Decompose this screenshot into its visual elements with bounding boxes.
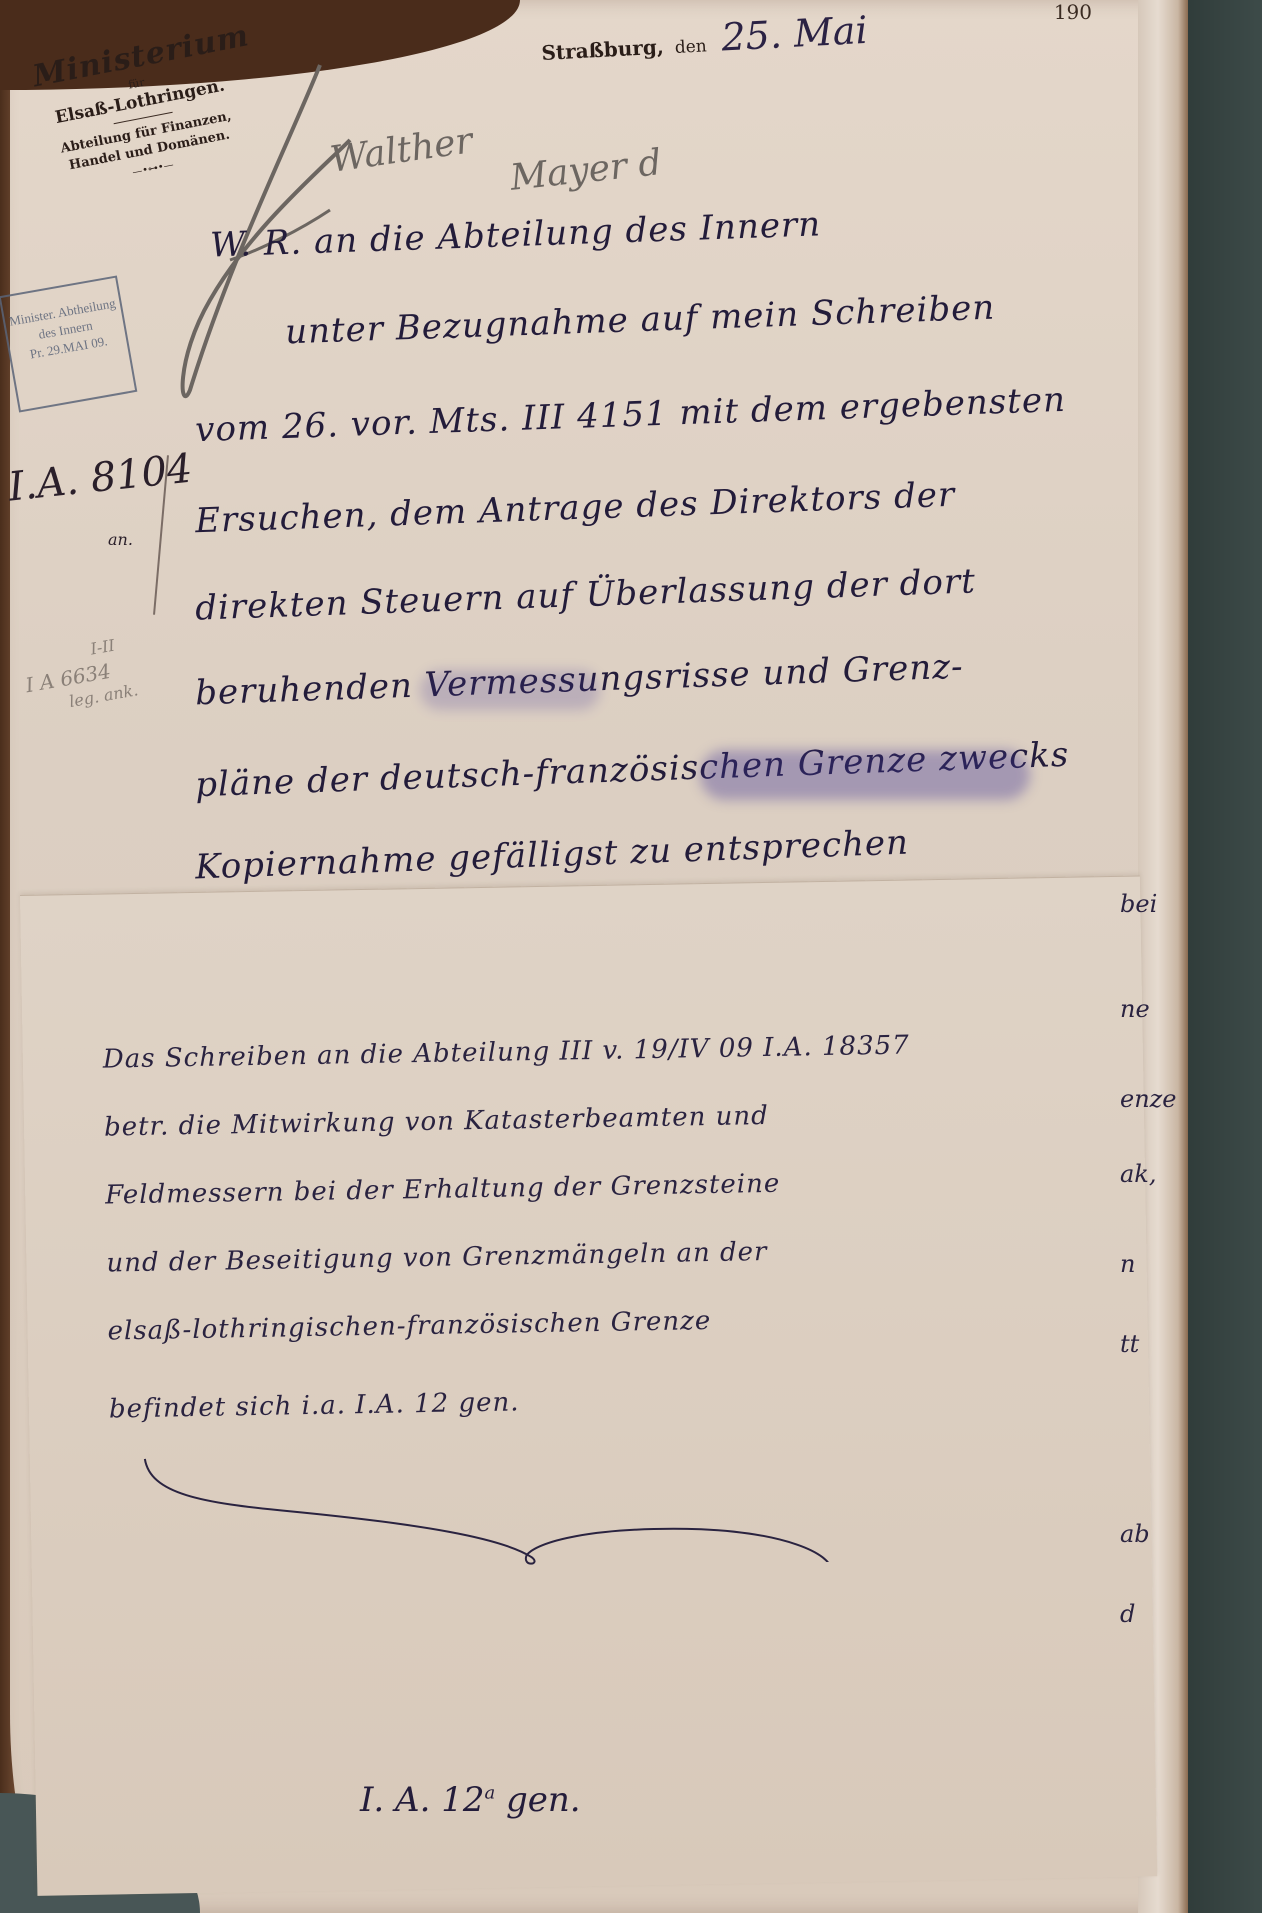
slip-line: elsaß-lothringischen-französischen Grenz… <box>107 1306 711 1347</box>
slip-line: betr. die Mitwirkung von Katasterbeamten… <box>104 1101 769 1143</box>
edge-fragment: n <box>1120 1250 1135 1278</box>
edge-fragment: bei <box>1120 890 1157 918</box>
bottom-ref-suffix: gen. <box>495 1780 580 1820</box>
ink-smudge <box>420 670 600 710</box>
slip-line: befindet sich i.a. I.A. 12 gen. <box>109 1387 520 1424</box>
bottom-file-reference: I. A. 12a gen. <box>360 1780 581 1820</box>
bottom-ref-main: I. A. 12 <box>360 1780 484 1820</box>
handwritten-date: 25. Mai <box>720 8 868 60</box>
edge-fragment: ab <box>1120 1520 1150 1548</box>
ink-smudge <box>700 750 1030 800</box>
place-name: Straßburg, <box>541 35 664 65</box>
receipt-stamp: Minister. Abtheilung des Innern Pr. 29.M… <box>0 275 137 412</box>
edge-fragment: tt <box>1120 1330 1139 1358</box>
bottom-ref-superscript: a <box>484 1783 495 1804</box>
edge-fragment: d <box>1120 1600 1135 1628</box>
slip-line: Das Schreiben an die Abteilung III v. 19… <box>103 1030 910 1074</box>
margin-reference-sub: an. <box>108 530 133 549</box>
printed-year: 190 <box>1054 0 1092 24</box>
slip-line: Feldmessern bei der Erhaltung der Grenzs… <box>105 1169 780 1211</box>
slip-line: und der Beseitigung von Grenzmängeln an … <box>106 1237 768 1279</box>
edge-fragment: enze <box>1120 1085 1177 1113</box>
pasted-note-slip: Das Schreiben an die Abteilung III v. 19… <box>20 875 1157 1895</box>
date-prefix: den <box>674 36 707 58</box>
closing-flourish-icon <box>140 1442 842 1574</box>
edge-fragment: ne <box>1120 995 1150 1023</box>
edge-fragment: ak, <box>1120 1160 1156 1188</box>
background-cloth <box>1182 0 1262 1913</box>
